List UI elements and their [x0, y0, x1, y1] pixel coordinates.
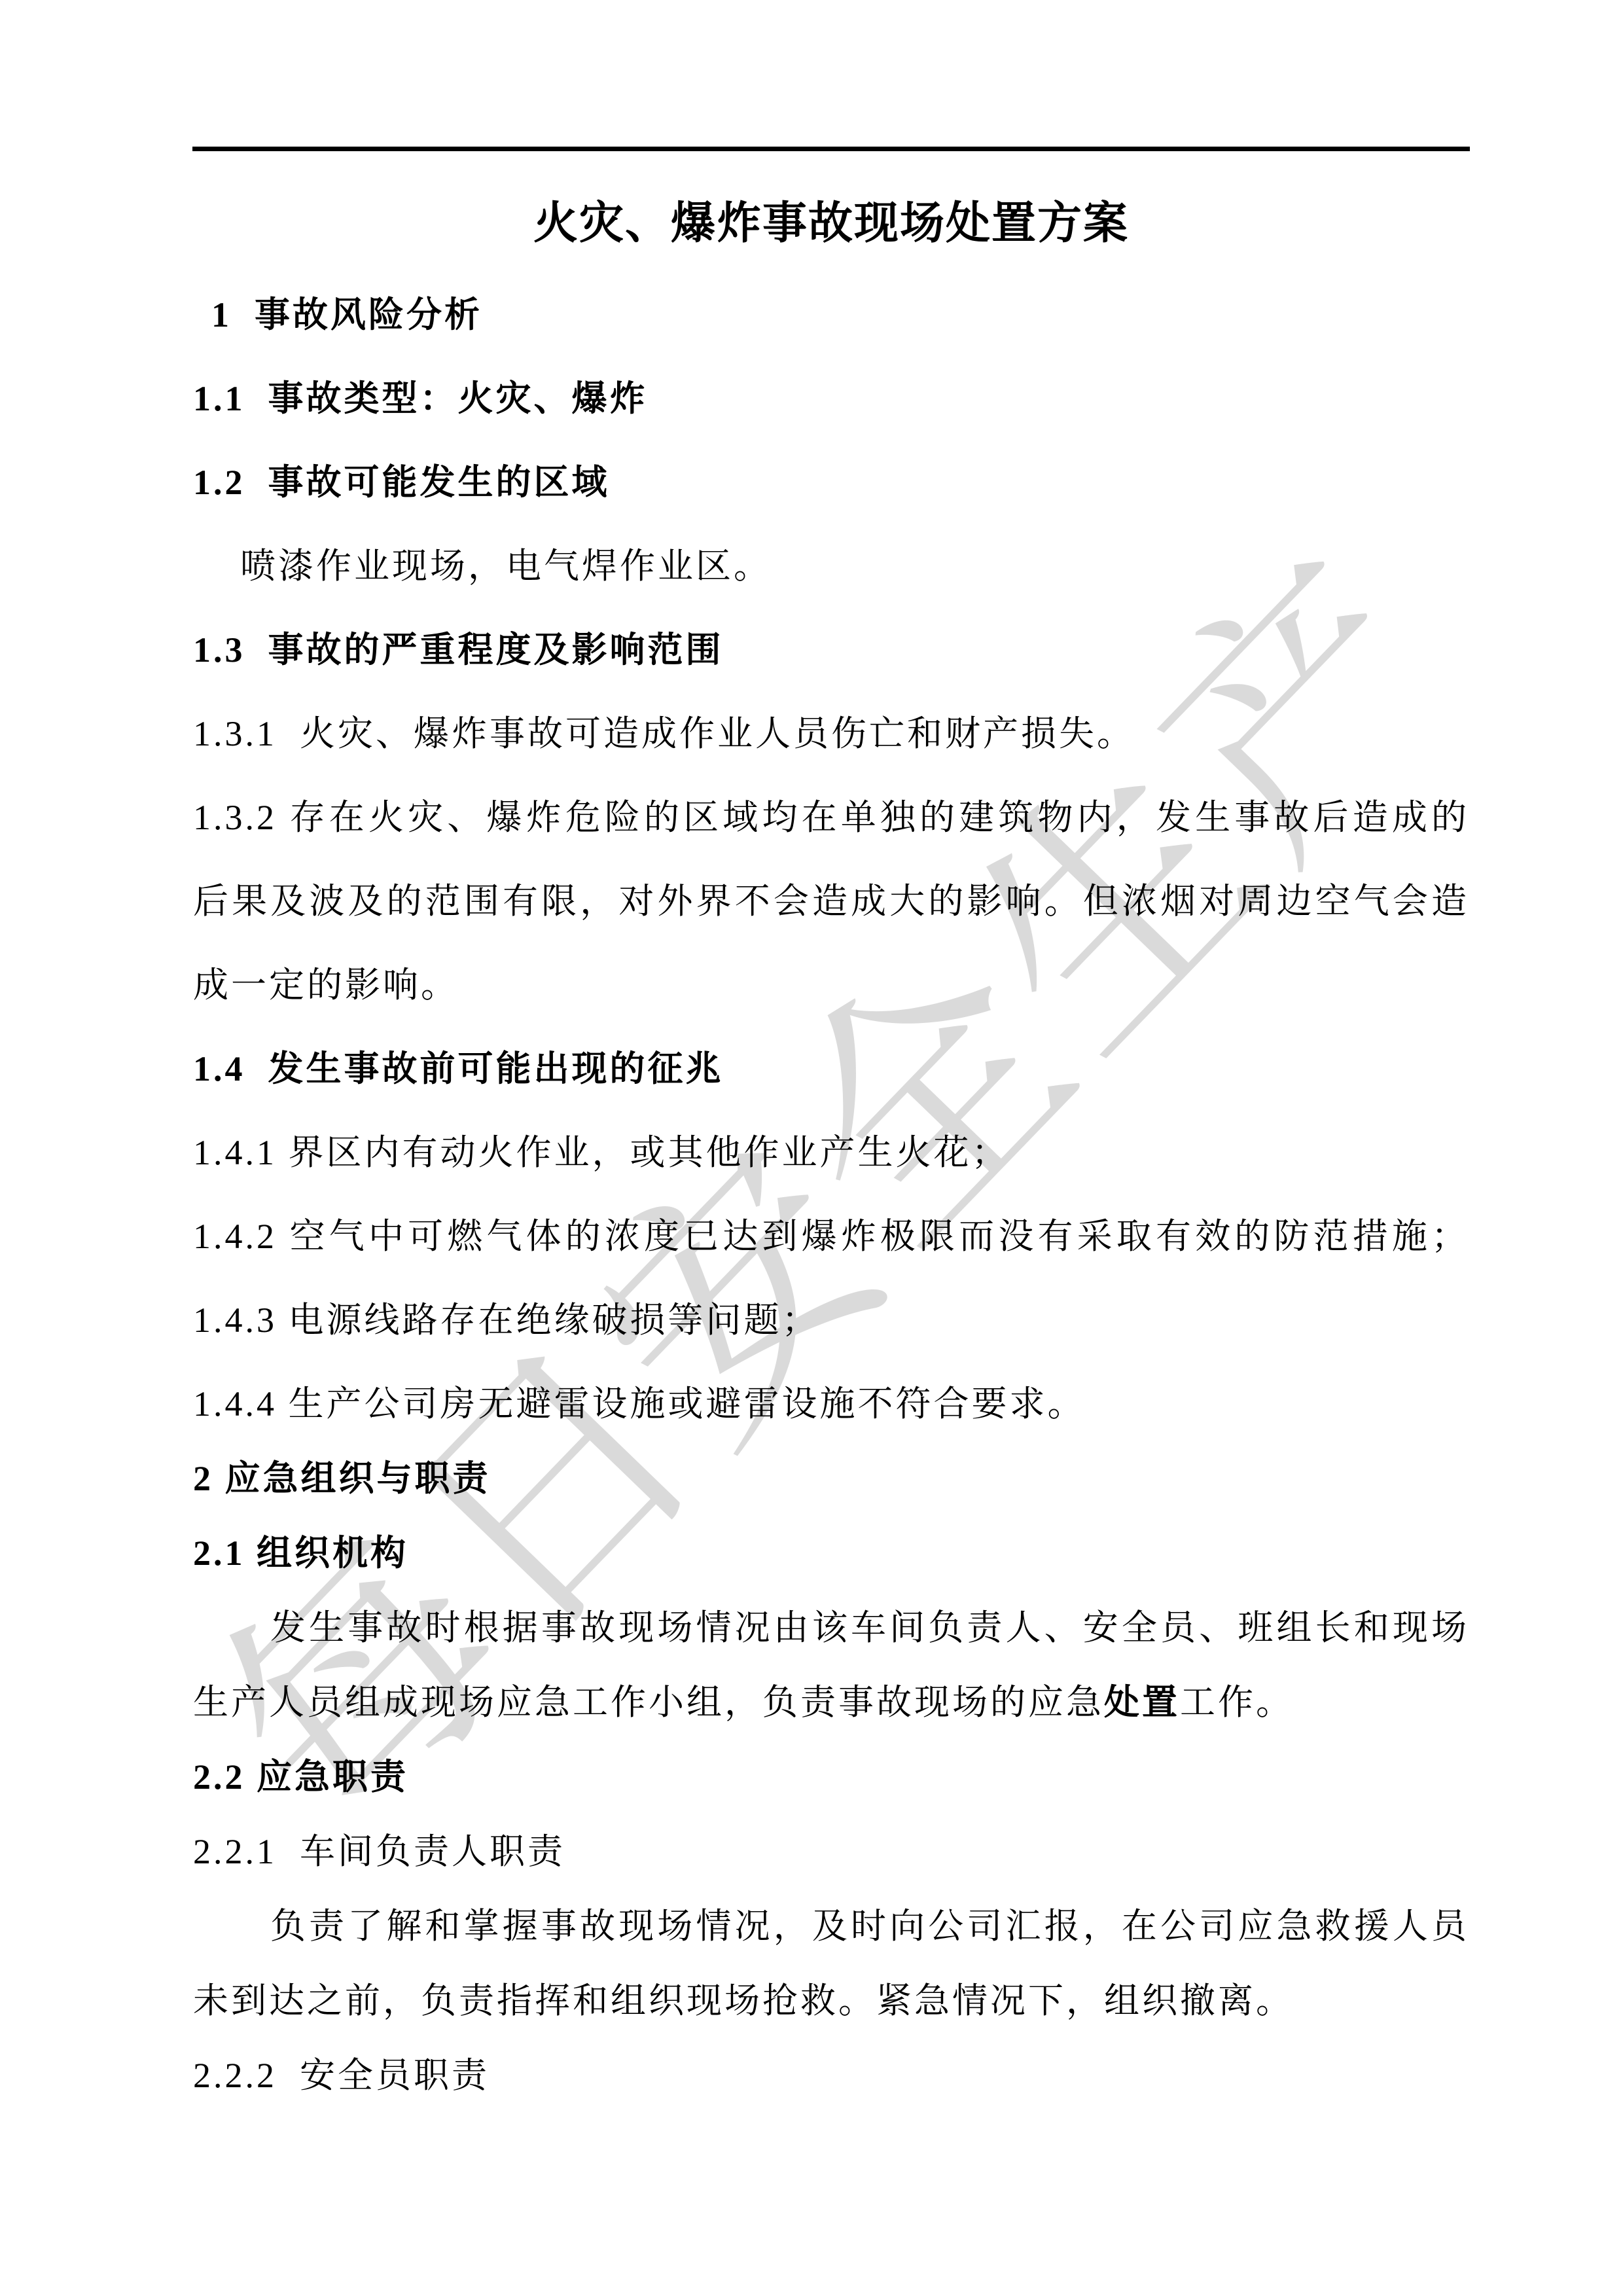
text-run: 火灾、爆炸 — [458, 379, 648, 418]
text-run: 1.2 事故可能发生的区域 — [193, 463, 610, 502]
text-run: 1 事故风险分析 — [211, 295, 482, 334]
text-run: 负责了解和掌握事故现场情况，及时向公司汇报，在公司应急救援人员 — [270, 1907, 1469, 1946]
text-line: 发生事故时根据事故现场情况由该车间负责人、安全员、班组长和现场 — [193, 1602, 1469, 1653]
text-run: 1.4.1 界区内有动火作业，或其他作业产生火花； — [193, 1133, 1010, 1172]
text-run: 1.3.1 火灾、爆炸事故可造成作业人员伤亡和财产损失。 — [193, 714, 1135, 753]
text-line: 未到达之前，负责指挥和组织现场抢救。紧急情况下，组织撤离。 — [193, 1975, 1469, 2026]
text-run: 2.2.2 安全员职责 — [193, 2056, 490, 2095]
text-line: 1.4.1 界区内有动火作业，或其他作业产生火花； — [193, 1127, 1469, 1178]
text-line: 1.4.3 电源线路存在绝缘破损等问题； — [193, 1295, 1469, 1346]
text-line: 后果及波及的范围有限，对外界不会造成大的影响。但浓烟对周边空气会造 — [193, 876, 1469, 927]
text-line: 1.4.4 生产公司房无避雷设施或避雷设施不符合要求。 — [193, 1378, 1469, 1429]
text-run: 1.4.2 空气中可燃气体的浓度已达到爆炸极限而没有采取有效的防范措施； — [193, 1217, 1469, 1256]
text-line: 2.2 应急职责 — [193, 1751, 1469, 1803]
text-run: 2.2 应急职责 — [193, 1757, 408, 1797]
text-line: 2.2.2 安全员职责 — [193, 2050, 1469, 2101]
header-rule — [192, 147, 1470, 151]
text-line: 1 事故风险分析 — [193, 289, 1469, 340]
text-run: 1.4.3 电源线路存在绝缘破损等问题； — [193, 1300, 820, 1340]
text-line: 1.3 事故的严重程度及影响范围 — [193, 624, 1469, 675]
text-line: 生产人员组成现场应急工作小组，负责事故现场的应急处置工作。 — [193, 1677, 1469, 1728]
paragraph-list: 1 事故风险分析1.1 事故类型：火灾、爆炸1.2 事故可能发生的区域喷漆作业现… — [193, 289, 1469, 2101]
text-line: 1.4.2 空气中可燃气体的浓度已达到爆炸极限而没有采取有效的防范措施； — [193, 1211, 1469, 1262]
text-line: 1.1 事故类型：火灾、爆炸 — [193, 373, 1469, 424]
text-line: 2 应急组织与职责 — [193, 1453, 1469, 1504]
text-line: 1.4 发生事故前可能出现的征兆 — [193, 1043, 1469, 1094]
text-run: 生产人员组成现场应急工作小组，负责事故现场的应急 — [193, 1683, 1104, 1722]
text-run: 1.4.4 生产公司房无避雷设施或避雷设施不符合要求。 — [193, 1384, 1086, 1424]
text-run: 工作。 — [1180, 1683, 1294, 1722]
text-run: 2.1 组织机构 — [193, 1534, 408, 1573]
text-line: 成一定的影响。 — [193, 960, 1469, 1011]
text-run: 喷漆作业现场，电气焊作业区。 — [240, 547, 772, 586]
text-line: 1.3.2 存在火灾、爆炸危险的区域均在单独的建筑物内，发生事故后造成的 — [193, 792, 1469, 843]
text-run: 1.3.2 存在火灾、爆炸危险的区域均在单独的建筑物内，发生事故后造成的 — [193, 798, 1469, 837]
text-line: 2.1 组织机构 — [193, 1528, 1469, 1579]
text-line: 负责了解和掌握事故现场情况，及时向公司汇报，在公司应急救援人员 — [193, 1901, 1469, 1952]
text-run: 后果及波及的范围有限，对外界不会造成大的影响。但浓烟对周边空气会造 — [193, 882, 1469, 921]
text-run: 1.4 发生事故前可能出现的征兆 — [193, 1049, 724, 1088]
text-line: 2.2.1 车间负责人职责 — [193, 1826, 1469, 1877]
text-run: 发生事故时根据事故现场情况由该车间负责人、安全员、班组长和现场 — [270, 1608, 1469, 1647]
text-line: 1.3.1 火灾、爆炸事故可造成作业人员伤亡和财产损失。 — [193, 708, 1469, 759]
text-run: 未到达之前，负责指挥和组织现场抢救。紧急情况下，组织撤离。 — [193, 1981, 1294, 2020]
text-run: 1.1 事故类型： — [193, 379, 458, 418]
text-run: 2 应急组织与职责 — [193, 1459, 491, 1498]
text-line: 1.2 事故可能发生的区域 — [193, 457, 1469, 508]
text-line: 喷漆作业现场，电气焊作业区。 — [193, 541, 1469, 592]
text-run: 1.3 事故的严重程度及影响范围 — [193, 630, 724, 670]
document-content: 火灾、爆炸事故现场处置方案 1 事故风险分析1.1 事故类型：火灾、爆炸1.2 … — [193, 170, 1469, 2101]
page-title: 火灾、爆炸事故现场处置方案 — [193, 190, 1469, 257]
text-run: 成一定的影响。 — [193, 965, 459, 1005]
document-page: 每日安全生产 火灾、爆炸事故现场处置方案 1 事故风险分析1.1 事故类型：火灾… — [0, 0, 1623, 2296]
text-run: 2.2.1 车间负责人职责 — [193, 1832, 565, 1871]
text-run: 处置 — [1104, 1683, 1180, 1722]
